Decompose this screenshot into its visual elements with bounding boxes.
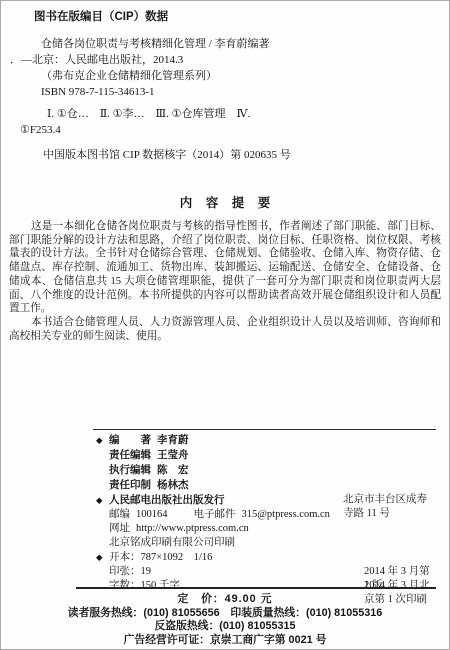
website-url: http://www.ptpress.com.cn — [136, 523, 249, 534]
cip-header: 图书在版编目（CIP）数据 — [34, 9, 449, 25]
divider-line-top — [93, 429, 436, 430]
zip-label: 邮编 — [109, 509, 130, 520]
credit-label: 编 著 — [109, 433, 157, 447]
diamond-bullet-icon: ◆ — [96, 550, 109, 564]
cip-section: 图书在版编目（CIP）数据 仓储各岗位职责与考核精细化管理 / 李育蔚编著 ．—… — [1, 9, 449, 163]
credit-row: ◆编 著李育蔚 — [96, 433, 436, 448]
postal-row: 邮编100164电子邮件315@ptpress.com.cn — [109, 508, 436, 522]
colophon-section: ◆编 著李育蔚 责任编辑王莹舟 执行编辑陈 宏 责任印制杨林杰 ◆人民邮电出版社… — [1, 429, 449, 593]
cip-registry-line: 中国版本图书馆 CIP 数据核字（2014）第 020635 号 — [43, 147, 449, 163]
credit-row: 责任印制杨林杰 — [96, 478, 436, 493]
credit-label: 执行编辑 — [109, 463, 157, 477]
zip-code: 100164 — [136, 509, 168, 520]
credit-row: 责任编辑王莹舟 — [96, 448, 436, 463]
sheets-row: 印张：19 2014 年 3 月第 1 版 — [109, 565, 436, 579]
footer-section: 定 价：49.00 元 读者服务热线：(010) 81055656 印装质量热线… — [1, 587, 449, 647]
publisher-imprint-line: ．—北京：人民邮电出版社，2014.3 — [10, 52, 449, 68]
abstract-paragraph-2: 本书适合仓储管理人员、人力资源管理人员、企业组织设计人员以及培训师、咨询师和高校… — [9, 316, 441, 343]
diamond-bullet-icon: ◆ — [96, 433, 109, 447]
format-text: 开本：787×1092 1/16 — [109, 552, 212, 563]
abstract-section: 内 容 提 要 这是一本细化仓储各岗位职责与考核的指导性图书，作者阐述了部门职能… — [1, 193, 449, 343]
book-title-line: 仓储各岗位职责与考核精细化管理 / 李育蔚编著 — [41, 36, 449, 52]
website-row: 网址http://www.ptpress.com.cn — [109, 522, 436, 536]
format-row: ◆开本：787×1092 1/16 — [96, 550, 436, 565]
credit-label: 责任编辑 — [109, 448, 157, 462]
publisher-row: ◆人民邮电出版社出版发行 北京市丰台区成寿寺路 11 号 — [96, 493, 436, 508]
credit-value: 李育蔚 — [157, 434, 189, 446]
series-line: （弗布克企业仓储精细化管理系列） — [41, 68, 449, 84]
sheets-text: 印张：19 — [109, 566, 151, 577]
abstract-title: 内 容 提 要 — [1, 193, 449, 211]
ad-license-line: 广告经营许可证：京崇工商广字第 0021 号 — [1, 634, 449, 647]
credit-label: 责任印制 — [109, 478, 157, 492]
classification-line-2: ①F253.4 — [20, 122, 449, 138]
diamond-bullet-icon: ◆ — [96, 493, 109, 507]
email-address: 315@ptpress.com.cn — [242, 509, 330, 520]
abstract-paragraph-1: 这是一本细化仓储各岗位职责与考核的指导性图书，作者阐述了部门职能、部门目标、部门… — [9, 220, 441, 316]
email-label: 电子邮件 — [194, 509, 236, 520]
credit-value: 杨林杰 — [157, 479, 189, 491]
price-line: 定 价：49.00 元 — [1, 593, 449, 606]
printer-row: 北京铭成印刷有限公司印刷 — [109, 536, 436, 550]
divider-line-bottom — [76, 587, 436, 589]
copyright-page: 图书在版编目（CIP）数据 仓储各岗位职责与考核精细化管理 / 李育蔚编著 ．—… — [0, 0, 450, 650]
isbn-line: ISBN 978-7-115-34613-1 — [41, 84, 449, 100]
credit-value: 王莹舟 — [157, 449, 189, 461]
website-label: 网址 — [109, 523, 130, 534]
antipiracy-hotline-line: 反盗版热线：(010) 81055315 — [1, 620, 449, 633]
classification-line-1: Ⅰ. ①仓… Ⅱ. ①李… Ⅲ. ①仓库管理 Ⅳ. — [47, 106, 449, 122]
service-hotline-line: 读者服务热线：(010) 81055656 印装质量热线：(010) 81055… — [1, 607, 449, 620]
publisher-name: 人民邮电出版社出版发行 — [109, 494, 225, 506]
credit-value: 陈 宏 — [157, 464, 189, 476]
credit-row: 执行编辑陈 宏 — [96, 463, 436, 478]
